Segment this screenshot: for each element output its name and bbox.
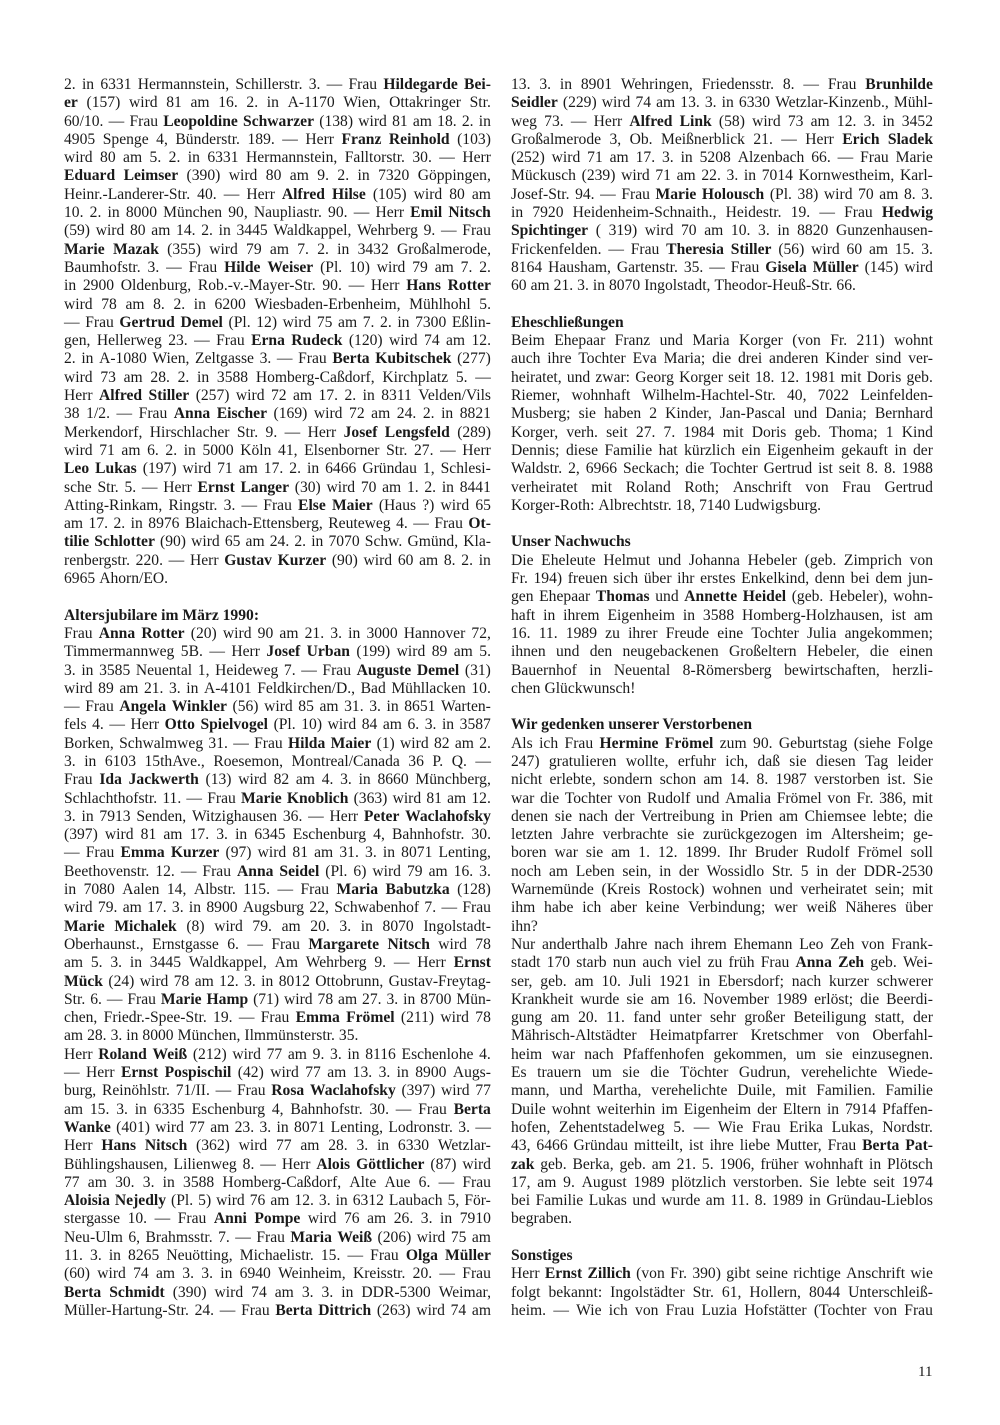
text-line: FrauIdaJackwerth(13)wird82am4.3.in8660Mü… bbox=[64, 771, 491, 789]
text-line: ihnenunddenneugebackenenGroßelternHebele… bbox=[511, 643, 933, 661]
text-line: 3.in7913Senden,Witzighausen36.—HerrPeter… bbox=[64, 808, 491, 826]
text-line: weg73.—HerrAlfredLink(58)wird73am12.3.in… bbox=[511, 113, 933, 131]
text-line: 3.in610315thAve.,Roesemon,Montreal/Canad… bbox=[64, 753, 491, 771]
text-line: folgtbekannt:IngolstädterStr.61,Hollern,… bbox=[511, 1284, 933, 1302]
text-line: HerrAlfredStiller(257)wird72am17.2.in831… bbox=[64, 387, 491, 405]
text-line: haftinihremEigenheimin3588Homberg-Holzha… bbox=[511, 607, 933, 625]
text-line: Beethovenstr.12.—FrauAnnaSeidel(Pl.6)wir… bbox=[64, 863, 491, 881]
text-line: —FrauGertrudDemel(Pl.12)wird75am7.2.in73… bbox=[64, 314, 491, 332]
text-line: ihn? bbox=[511, 918, 933, 936]
text-line: 381/2.—FrauAnnaEischer(169)wird72am24.2.… bbox=[64, 405, 491, 423]
page-number: 11 bbox=[918, 1364, 932, 1381]
text-line: NuranderthalbJahrenachihremEhemannLeoZeh… bbox=[511, 936, 933, 954]
text-line: verheiratetmitRolandRoth;AnschriftvonFra… bbox=[511, 479, 933, 497]
text-line: EduardLeimser(390)wird80am9.2.in7320Göpp… bbox=[64, 167, 491, 185]
deceased-paragraph-froemel: AlsichFrauHermineFrömelzum90.Geburtstag(… bbox=[511, 735, 933, 936]
text-line: auchihreTochterEvaMaria;diedreianderenKi… bbox=[511, 350, 933, 368]
text-line: 3.in3585Neuental1,Heideweg7.—FrauAuguste… bbox=[64, 662, 491, 680]
text-line: Seidler(229)wird74am13.3.in6330Wetzlar-K… bbox=[511, 94, 933, 112]
text-line: genEhepaarThomasundAnnetteHeidel(geb.Heb… bbox=[511, 588, 933, 606]
text-line: wird89am21.3.inA-4101Feldkirchen/D.,BadM… bbox=[64, 680, 491, 698]
february-jubilees-paragraph: 2.in6331Hermannstein,Schillerstr.3.—Frau… bbox=[64, 76, 491, 588]
text-line: hofen,Zehentstadelweg5.—WieFrauErikaLuka… bbox=[511, 1119, 933, 1137]
text-line: mann,undMartha,verehelichteDuile,mitFami… bbox=[511, 1082, 933, 1100]
text-line: chenGlückwunsch! bbox=[511, 680, 933, 698]
text-line: 8164Hausham,Gartenstr.35.—FrauGiselaMüll… bbox=[511, 259, 933, 277]
text-line: begraben. bbox=[511, 1210, 933, 1228]
text-line: am15.3.in6335Eschenburg4,Bahnhofstr.30.—… bbox=[64, 1101, 491, 1119]
text-line: AloisiaNejedly(Pl.5)wird76am12.3.in6312L… bbox=[64, 1192, 491, 1210]
text-line: Spichtinger(319)wird70am10.3.in8820Gunze… bbox=[511, 222, 933, 240]
text-line: Fr.194)freuensichüberihrerstesEnkelkind,… bbox=[511, 570, 933, 588]
section-spacer bbox=[511, 1229, 933, 1247]
text-line: Oberhaunst.,Ernstgasse6.—FrauMargareteNi… bbox=[64, 936, 491, 954]
text-line: beiFamilieLukasundwurdeam11.8.1989inGrün… bbox=[511, 1192, 933, 1210]
text-line: Josef-Str.94.—FrauMarieHolousch(Pl.38)wi… bbox=[511, 186, 933, 204]
text-line: —FrauAngelaWinkler(56)wird85am31.3.in865… bbox=[64, 698, 491, 716]
section-heading-misc: Sonstiges bbox=[511, 1247, 933, 1265]
text-line: in7080Aalen14,Albstr.115.—FrauMariaBabut… bbox=[64, 881, 491, 899]
text-line: (252)wird71am17.3.in5208Alzenbach66.—Fra… bbox=[511, 149, 933, 167]
text-line: 2.inA-1080Wien,Zeltgasse3.—FrauBertaKubi… bbox=[64, 350, 491, 368]
text-line: borenwarsieam1.12.1899.IhrBruderRudolfFr… bbox=[511, 844, 933, 862]
text-line: Großalmerode3,Ob.Meißnerblick21.—HerrEri… bbox=[511, 131, 933, 149]
text-line: 6965Ahorn/EO. bbox=[64, 570, 491, 588]
marriages-paragraph: BeimEhepaarFranzundMariaKorger(vonFr.211… bbox=[511, 332, 933, 515]
text-line: Str.6.—FrauMarieHamp(71)wird78am27.3.in8… bbox=[64, 991, 491, 1009]
text-line: FrauAnnaRotter(20)wird90am21.3.in3000Han… bbox=[64, 625, 491, 643]
text-line: 4905Spenge4,Bünderstr.189.—HerrFranzRein… bbox=[64, 131, 491, 149]
text-line: MarieMichalek(8)wird79.am20.3.in8070Ingo… bbox=[64, 918, 491, 936]
text-line: BauernhofinNeuental8-Römersbergbewirtsch… bbox=[511, 662, 933, 680]
text-line: Korger-Roth:Albrechtstr.18,7140Ludwigsbu… bbox=[511, 497, 933, 515]
text-line: Mück(24)wird78am12.3.in8012Ottobrunn,Gus… bbox=[64, 973, 491, 991]
text-line: Borken,Schwalmweg31.—FrauHildaMaier(1)wi… bbox=[64, 735, 491, 753]
text-line: —FrauEmmaKurzer(97)wird81am31.3.in8071Le… bbox=[64, 844, 491, 862]
text-line: wird78am8.2.in6200Wiesbaden-Erbenheim,Mü… bbox=[64, 296, 491, 314]
text-line: am28.3.in8000München,Ilmmünsterstr.35. bbox=[64, 1027, 491, 1045]
text-line: 16.11.1989zuihrerFreudeeineTochterJuliaa… bbox=[511, 625, 933, 643]
text-line: Riemer,wohnhaftWilhelm-Hachtel-Str.40,70… bbox=[511, 387, 933, 405]
text-line: —HerrErnstPospischil(42)wird77am13.3.in8… bbox=[64, 1064, 491, 1082]
text-line: 60/10.—FrauLeopoldineSchwarzer(138)wird8… bbox=[64, 113, 491, 131]
text-line: (397)wird81am17.3.in6345Eschenburg4,Bahn… bbox=[64, 826, 491, 844]
text-line: Waldstr.2,6966Seckach;dieTochterGertrudi… bbox=[511, 460, 933, 478]
text-line: Frickenfelden.—FrauTheresiaStiller(56)wi… bbox=[511, 241, 933, 259]
section-spacer bbox=[511, 515, 933, 533]
text-line: HerrRolandWeiß(212)wird77am9.3.in8116Esc… bbox=[64, 1046, 491, 1064]
text-line: fels4.—HerrOttoSpielvogel(Pl.10)wird84am… bbox=[64, 716, 491, 734]
text-line: renbergstr.220.—HerrGustavKurzer(90)wird… bbox=[64, 552, 491, 570]
text-line: MarieMazak(355)wird79am7.2.in3432Großalm… bbox=[64, 241, 491, 259]
text-line: 11.3.in8265Neuötting,Michaelistr.15.—Fra… bbox=[64, 1247, 491, 1265]
text-line: DuilewohntweiterhinimEigenheimderElterni… bbox=[511, 1101, 933, 1119]
text-line: (59)wird80am14.2.in3445Waldkappel,Wehrbe… bbox=[64, 222, 491, 240]
text-line: wird79.am17.3.in8900Augsburg22,Schwabenh… bbox=[64, 899, 491, 917]
text-line: am5.3.in3445Waldkappel,AmWehrberg9.—Herr… bbox=[64, 954, 491, 972]
section-heading-march-jubilees: Altersjubilare im März 1990: bbox=[64, 607, 491, 625]
text-line: gen,Hellerweg23.—FrauErnaRudeck(120)wird… bbox=[64, 332, 491, 350]
section-spacer bbox=[64, 588, 491, 606]
text-line: wird80am5.2.in6331Hermannstein,Falltorst… bbox=[64, 149, 491, 167]
text-line: Korger,verh.seit27.7.1984mitDorisgeb.Tho… bbox=[511, 424, 933, 442]
text-line: EstrauernumsiedieTöchterGudrun,verehelic… bbox=[511, 1064, 933, 1082]
text-line: heim.—WieichvonFrauLuziaHofstätter(Tocht… bbox=[511, 1302, 933, 1320]
text-line: Baumhofstr.3.—FrauHildeWeiser(Pl.10)wird… bbox=[64, 259, 491, 277]
text-line: nochamLebensein,inderWossidloStr.5inderD… bbox=[511, 863, 933, 881]
text-line: wardieTochtervonRudolfundAmaliaFrömelvon… bbox=[511, 790, 933, 808]
text-line: Dennis;dieseFamiliehatkürzlicheinEigenhe… bbox=[511, 442, 933, 460]
section-spacer bbox=[511, 698, 933, 716]
text-line: LeoLukas(197)wird71am17.2.in6466Gründau1… bbox=[64, 460, 491, 478]
text-line: HerrErnstZillich(vonFr.390)gibtseinerich… bbox=[511, 1265, 933, 1283]
right-column: 13.3.in8901Wehringen,Friedensstr.8.—Frau… bbox=[511, 76, 933, 1320]
text-line: 2.in6331Hermannstein,Schillerstr.3.—Frau… bbox=[64, 76, 491, 94]
text-line: Warnemünde(KreisRostock)wohnenundverheir… bbox=[511, 881, 933, 899]
text-line: Mückusch(239)wird71am22.3.in7014Kornwest… bbox=[511, 167, 933, 185]
text-line: Merkendorf,HirschlacherStr.9.—HerrJosefL… bbox=[64, 424, 491, 442]
section-heading-offspring: Unser Nachwuchs bbox=[511, 533, 933, 551]
text-line: in7920Heidenheim-Schnaith.,Heidestr.19.—… bbox=[511, 204, 933, 222]
text-line: 17,am9.August1989plötzlichverstorben.Sie… bbox=[511, 1174, 933, 1192]
text-line: am17.2.in8976Blaichach-Ettensberg,Reutew… bbox=[64, 515, 491, 533]
text-line: Schlachthofstr.11.—FrauMarieKnoblich(363… bbox=[64, 790, 491, 808]
left-column: 2.in6331Hermannstein,Schillerstr.3.—Frau… bbox=[64, 76, 491, 1320]
text-line: Neu-Ulm6,Brahmsstr.7.—FrauMariaWeiß(206)… bbox=[64, 1229, 491, 1247]
text-line: 60am21.3.in8070Ingolstadt,Theodor-Heuß-S… bbox=[511, 277, 933, 295]
text-line: burg,Reinöhlstr.71/II.—FrauRosaWaclahofs… bbox=[64, 1082, 491, 1100]
offspring-paragraph: DieEheleuteHelmutundJohannaHebeler(geb.Z… bbox=[511, 552, 933, 698]
text-line: scheStr.5.—HerrErnstLanger(30)wird70am1.… bbox=[64, 479, 491, 497]
text-line: er(157)wird81am16.2.inA-1170Wien,Ottakri… bbox=[64, 94, 491, 112]
text-line: Mährisch-AltstädterHeimatpfarrerKretschm… bbox=[511, 1027, 933, 1045]
text-line: Wanke(401)wird77am23.3.in8071Lenting,Lod… bbox=[64, 1119, 491, 1137]
text-line: BertaSchmidt(390)wird74am3.3.inDDR-5300W… bbox=[64, 1284, 491, 1302]
text-line: Heinr.-Landerer-Str.40.—HerrAlfredHilse(… bbox=[64, 186, 491, 204]
text-line: heimwarnachPfaffenhofengekommen,umsieein… bbox=[511, 1046, 933, 1064]
text-line: wird71am6.2.in5000Köln41,ElsenbornerStr.… bbox=[64, 442, 491, 460]
march-jubilees-paragraph-2: HerrRolandWeiß(212)wird77am9.3.in8116Esc… bbox=[64, 1046, 491, 1320]
text-line: stadt170starbnunauchvielzufrühFrauAnnaZe… bbox=[511, 954, 933, 972]
misc-paragraph: HerrErnstZillich(vonFr.390)gibtseinerich… bbox=[511, 1265, 933, 1320]
text-line: 10.2.in8000München90,Naupliastr.90.—Herr… bbox=[64, 204, 491, 222]
text-line: denensienachderVertreibunginPrienamChiem… bbox=[511, 808, 933, 826]
section-heading-deceased: Wir gedenken unserer Verstorbenen bbox=[511, 716, 933, 734]
text-line: DieEheleuteHelmutundJohannaHebeler(geb.Z… bbox=[511, 552, 933, 570]
text-line: zakgeb.Berka,geb.am21.5.1906,früherwohnh… bbox=[511, 1156, 933, 1174]
march-jubilees-paragraph: FrauAnnaRotter(20)wird90am21.3.in3000Han… bbox=[64, 625, 491, 1046]
text-line: Krankheitwurdesieam16.November1989erlöst… bbox=[511, 991, 933, 1009]
text-line: heiratet,undzwar:GeorgKorgerseit18.12.19… bbox=[511, 369, 933, 387]
march-jubilees-continued-paragraph: 13.3.in8901Wehringen,Friedensstr.8.—Frau… bbox=[511, 76, 933, 296]
text-line: in2900Oldenburg,Rob.-v.-Mayer-Str.90.—He… bbox=[64, 277, 491, 295]
text-line: HerrHansNitsch(362)wird77am28.3.in6330We… bbox=[64, 1137, 491, 1155]
text-line: BeimEhepaarFranzundMariaKorger(vonFr.211… bbox=[511, 332, 933, 350]
text-line: Timmermannweg5B.—HerrJosefUrban(199)wird… bbox=[64, 643, 491, 661]
section-heading-marriages: Eheschließungen bbox=[511, 314, 933, 332]
text-line: tilieSchlotter(90)wird65am24.2.in7070Sch… bbox=[64, 533, 491, 551]
text-line: gungam20.11.fanduntersehrgroßerBeteiligu… bbox=[511, 1009, 933, 1027]
section-spacer bbox=[511, 296, 933, 314]
text-line: (60)wird74am3.3.in6940Weinheim,Kreisstr.… bbox=[64, 1265, 491, 1283]
text-line: letztenJahreverbrachtesiezurückgezogenim… bbox=[511, 826, 933, 844]
text-line: chen,Friedr.-Spee-Str.19.—FrauEmmaFrömel… bbox=[64, 1009, 491, 1027]
text-line: 247)gratulierenwollte,erfuhrich,daßsiedi… bbox=[511, 753, 933, 771]
text-line: nichterlebte,sondernschonam14.8.1987vers… bbox=[511, 771, 933, 789]
deceased-paragraph-zeh-patzak: NuranderthalbJahrenachihremEhemannLeoZeh… bbox=[511, 936, 933, 1229]
text-line: Atting-Rinkam,Ringstr.3.—FrauElseMaier(H… bbox=[64, 497, 491, 515]
text-line: ihmhabeichaberkeineVerbindung;werweißNäh… bbox=[511, 899, 933, 917]
text-line: Müller-Hartung-Str.24.—FrauBertaDittrich… bbox=[64, 1302, 491, 1320]
text-line: wird73am28.2.in3588Homberg-Caßdorf,Kirch… bbox=[64, 369, 491, 387]
text-line: 43,6466Gründaumitteilt,istihreliebeMutte… bbox=[511, 1137, 933, 1155]
text-line: Musberg;siehaben2Kinder,Jan-PascalundDan… bbox=[511, 405, 933, 423]
text-line: 77am30.3.in3588Homberg-Caßdorf,AlteAue6.… bbox=[64, 1174, 491, 1192]
text-line: ser,geb.am10.Juli1921inEbersdorf;nachkur… bbox=[511, 973, 933, 991]
text-line: stergasse10.—FrauAnniPompewird76am26.3.i… bbox=[64, 1210, 491, 1228]
text-line: AlsichFrauHermineFrömelzum90.Geburtstag(… bbox=[511, 735, 933, 753]
text-line: 13.3.in8901Wehringen,Friedensstr.8.—Frau… bbox=[511, 76, 933, 94]
text-line: Bühlingshausen,Lilienweg8.—HerrAloisGött… bbox=[64, 1156, 491, 1174]
